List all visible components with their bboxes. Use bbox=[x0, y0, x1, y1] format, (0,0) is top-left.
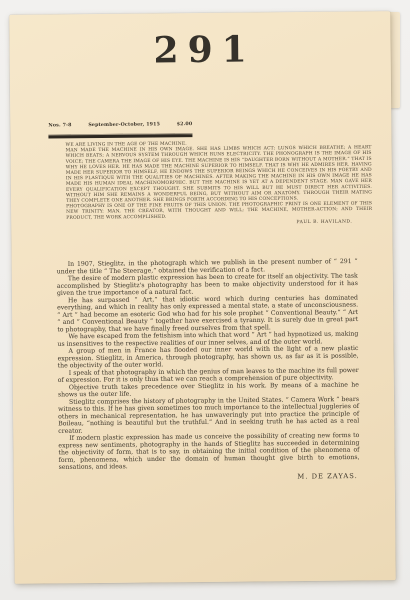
issue-number: Nos. 7-8 bbox=[48, 122, 71, 128]
issue-price: $2.00 bbox=[177, 121, 193, 127]
paragraph: Stieglitz comprises the history of photo… bbox=[58, 395, 359, 434]
paragraph: If modern plastic expression has made us… bbox=[58, 432, 359, 471]
scan-background: 291 Nos. 7-8 September-October, 1915 $2.… bbox=[0, 0, 410, 600]
haviland-quote-block: WE ARE LIVING IN THE AGE OF THE MACHINE.… bbox=[66, 139, 373, 227]
paragraph: PHOTOGRAPHY IS ONE OF THE FINE FRUITS OF… bbox=[66, 201, 372, 221]
dezayas-essay-block: In 1907, Stieglitz, in the photograph wh… bbox=[57, 258, 360, 483]
dezayas-essay-text: In 1907, Stieglitz, in the photograph wh… bbox=[57, 258, 360, 471]
magazine-page: 291 Nos. 7-8 September-October, 1915 $2.… bbox=[9, 11, 395, 584]
masthead-row: Nos. 7-8 September-October, 1915 $2.00 bbox=[48, 121, 192, 128]
issue-date: September-October, 1915 bbox=[88, 121, 160, 127]
haviland-quote-text: WE ARE LIVING IN THE AGE OF THE MACHINE.… bbox=[66, 139, 373, 220]
masthead-rule bbox=[48, 133, 192, 138]
dezayas-signature: M. DE ZAYAS. bbox=[59, 472, 360, 482]
paragraph: MAN MADE THE MACHINE IN HIS OWN IMAGE. S… bbox=[66, 145, 373, 204]
paragraph: He has surpassed “ Art,” that idiotic wo… bbox=[57, 294, 358, 333]
publication-title: 291 bbox=[9, 27, 390, 73]
